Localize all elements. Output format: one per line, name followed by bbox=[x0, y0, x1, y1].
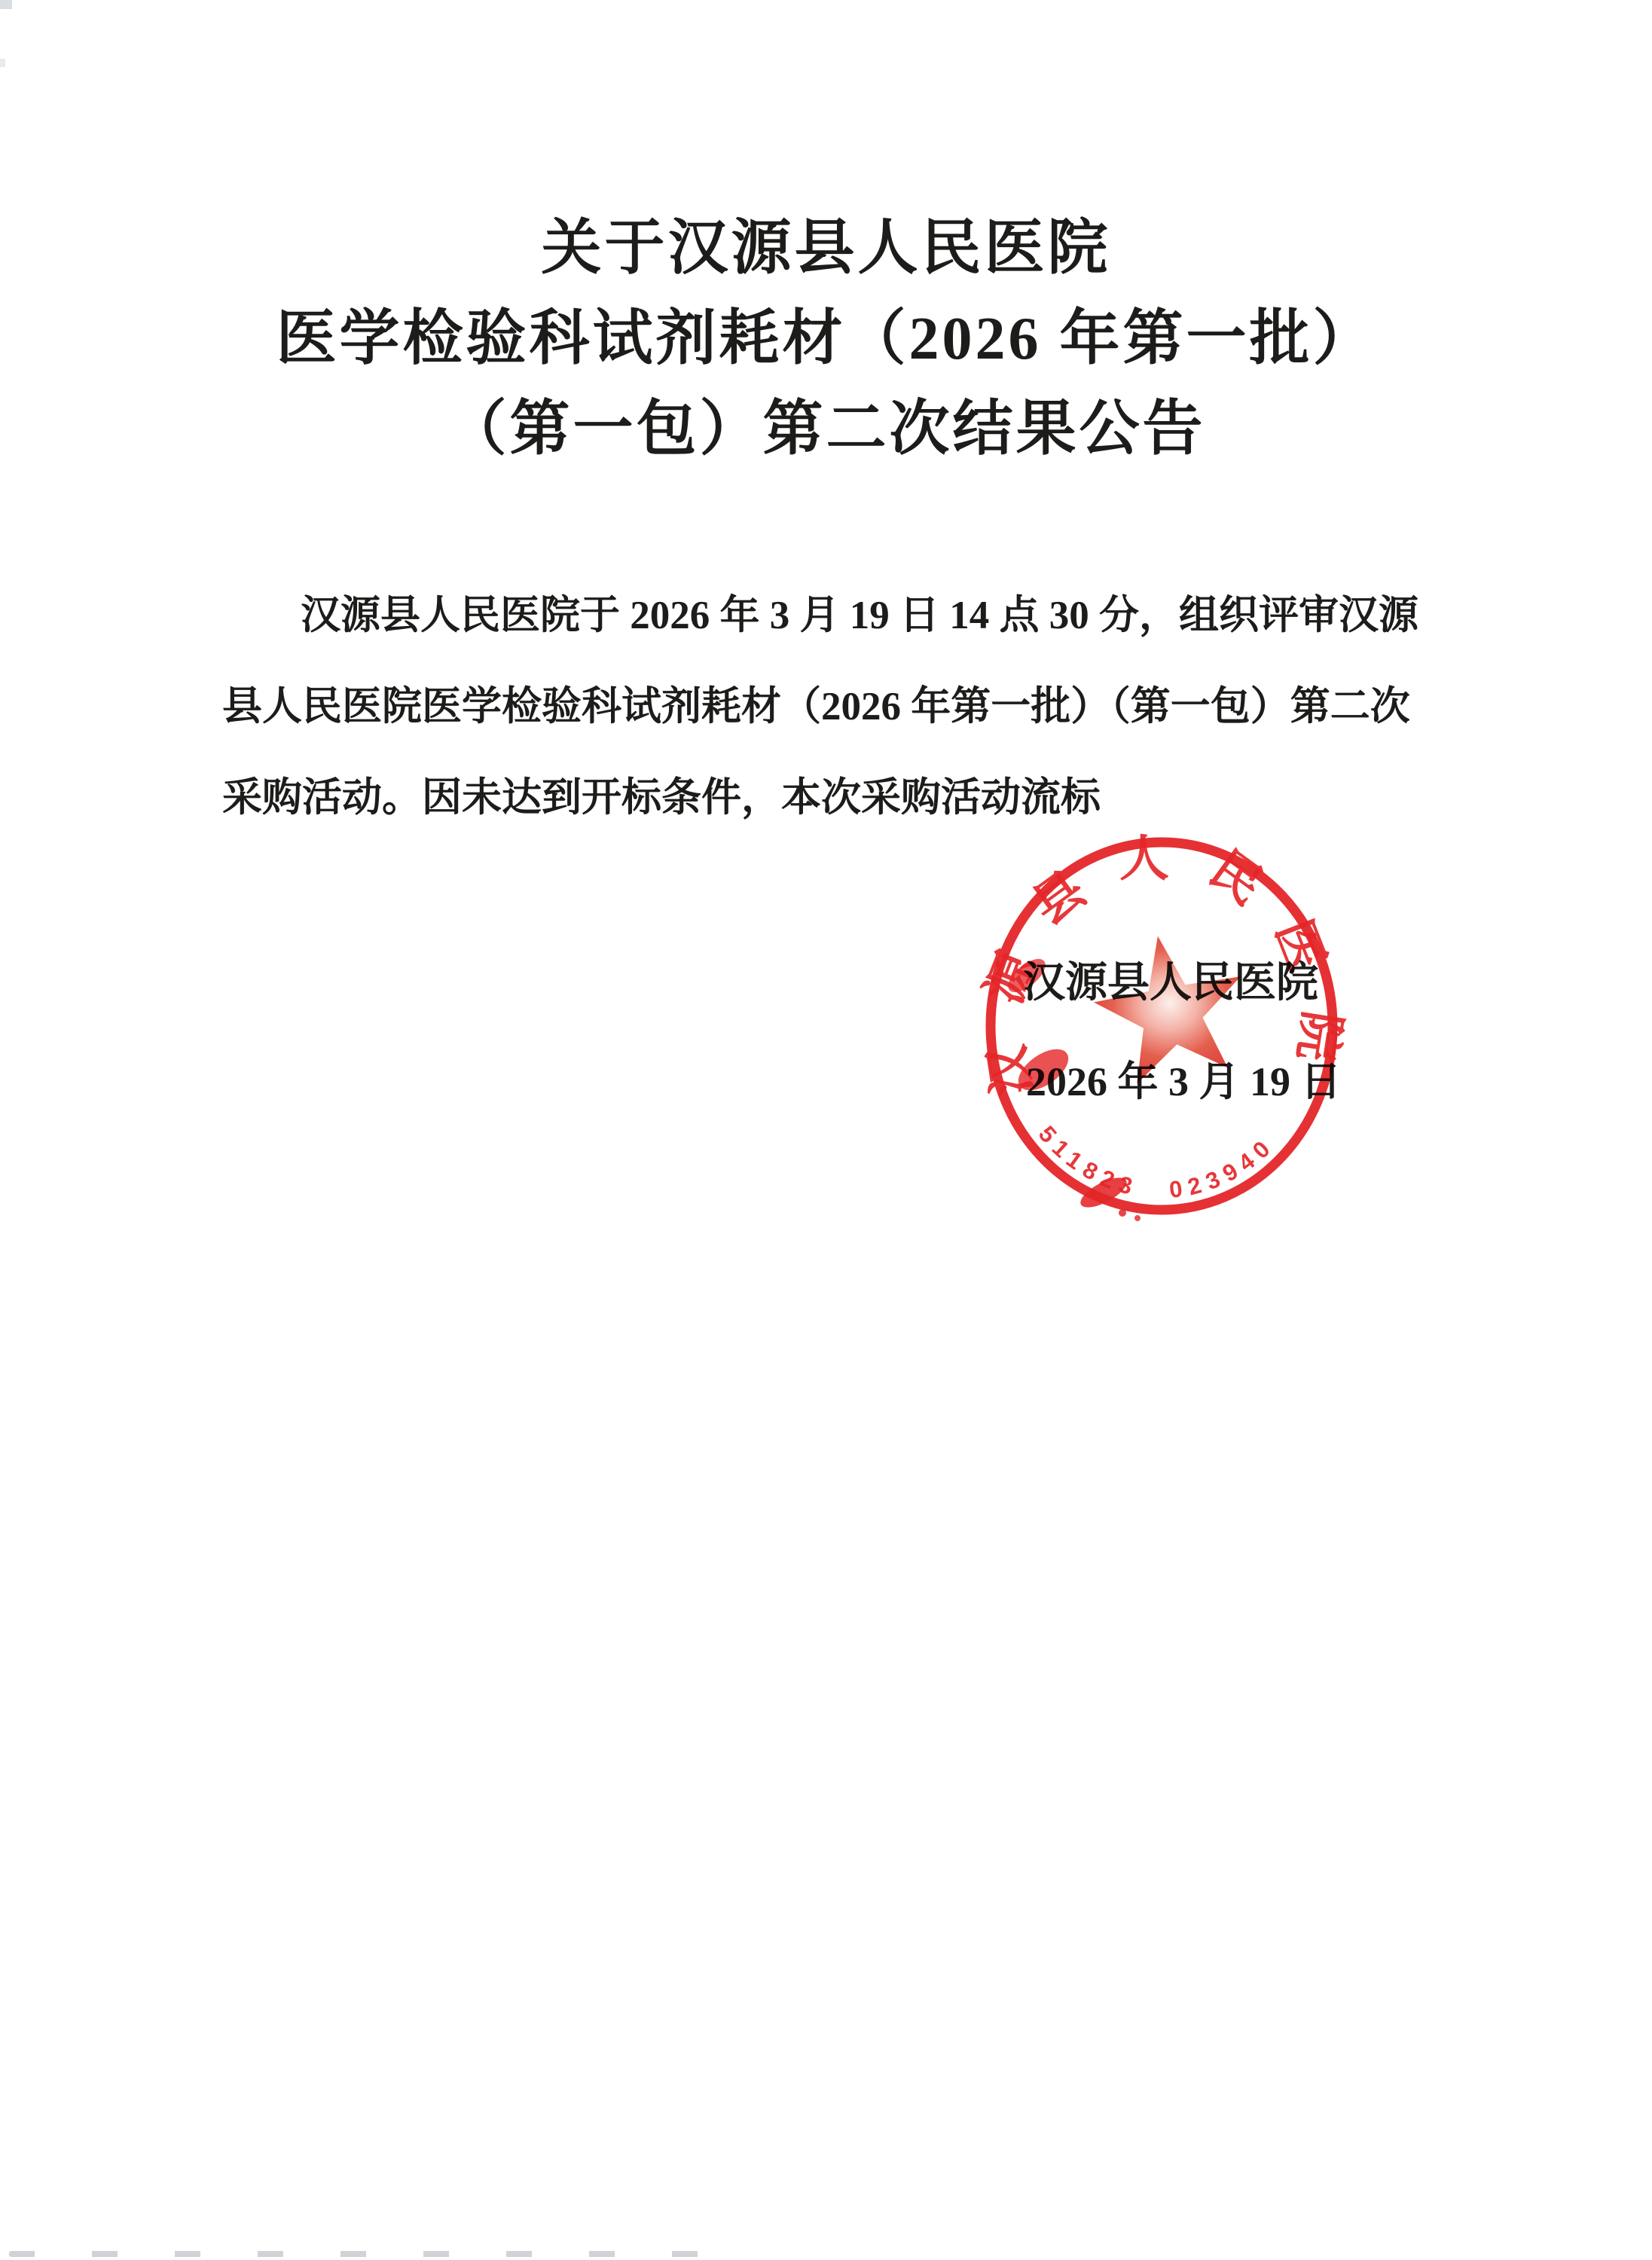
document-page: 关于汉源县人民医院 医学检验科试剂耗材（2026 年第一批） （第一包）第二次结… bbox=[0, 0, 1652, 2260]
title-line-3: （第一包）第二次结果公告 bbox=[0, 384, 1652, 475]
scan-artifact-corner bbox=[0, 59, 5, 67]
scan-artifact-bottom-edge bbox=[9, 2251, 702, 2257]
seal-smudge bbox=[1134, 1215, 1141, 1221]
title-line-1: 关于汉源县人民医院 bbox=[0, 203, 1652, 294]
title-line-2: 医学检验科试剂耗材（2026 年第一批） bbox=[0, 294, 1652, 384]
body-line-1: 汉源县人民医院于 2026 年 3 月 19 日 14 点 30 分，组织评审汉… bbox=[222, 570, 1503, 661]
document-title: 关于汉源县人民医院 医学检验科试剂耗材（2026 年第一批） （第一包）第二次结… bbox=[0, 203, 1652, 475]
seal-star bbox=[1085, 923, 1256, 1089]
scan-artifact-corner bbox=[0, 0, 12, 9]
official-seal: 汉源县人民医院 511823 023940 bbox=[968, 821, 1360, 1243]
seal-smudge bbox=[1119, 1209, 1126, 1217]
body-line-2: 县人民医院医学检验科试剂耗材（2026 年第一批）（第一包）第二次 bbox=[222, 661, 1503, 753]
